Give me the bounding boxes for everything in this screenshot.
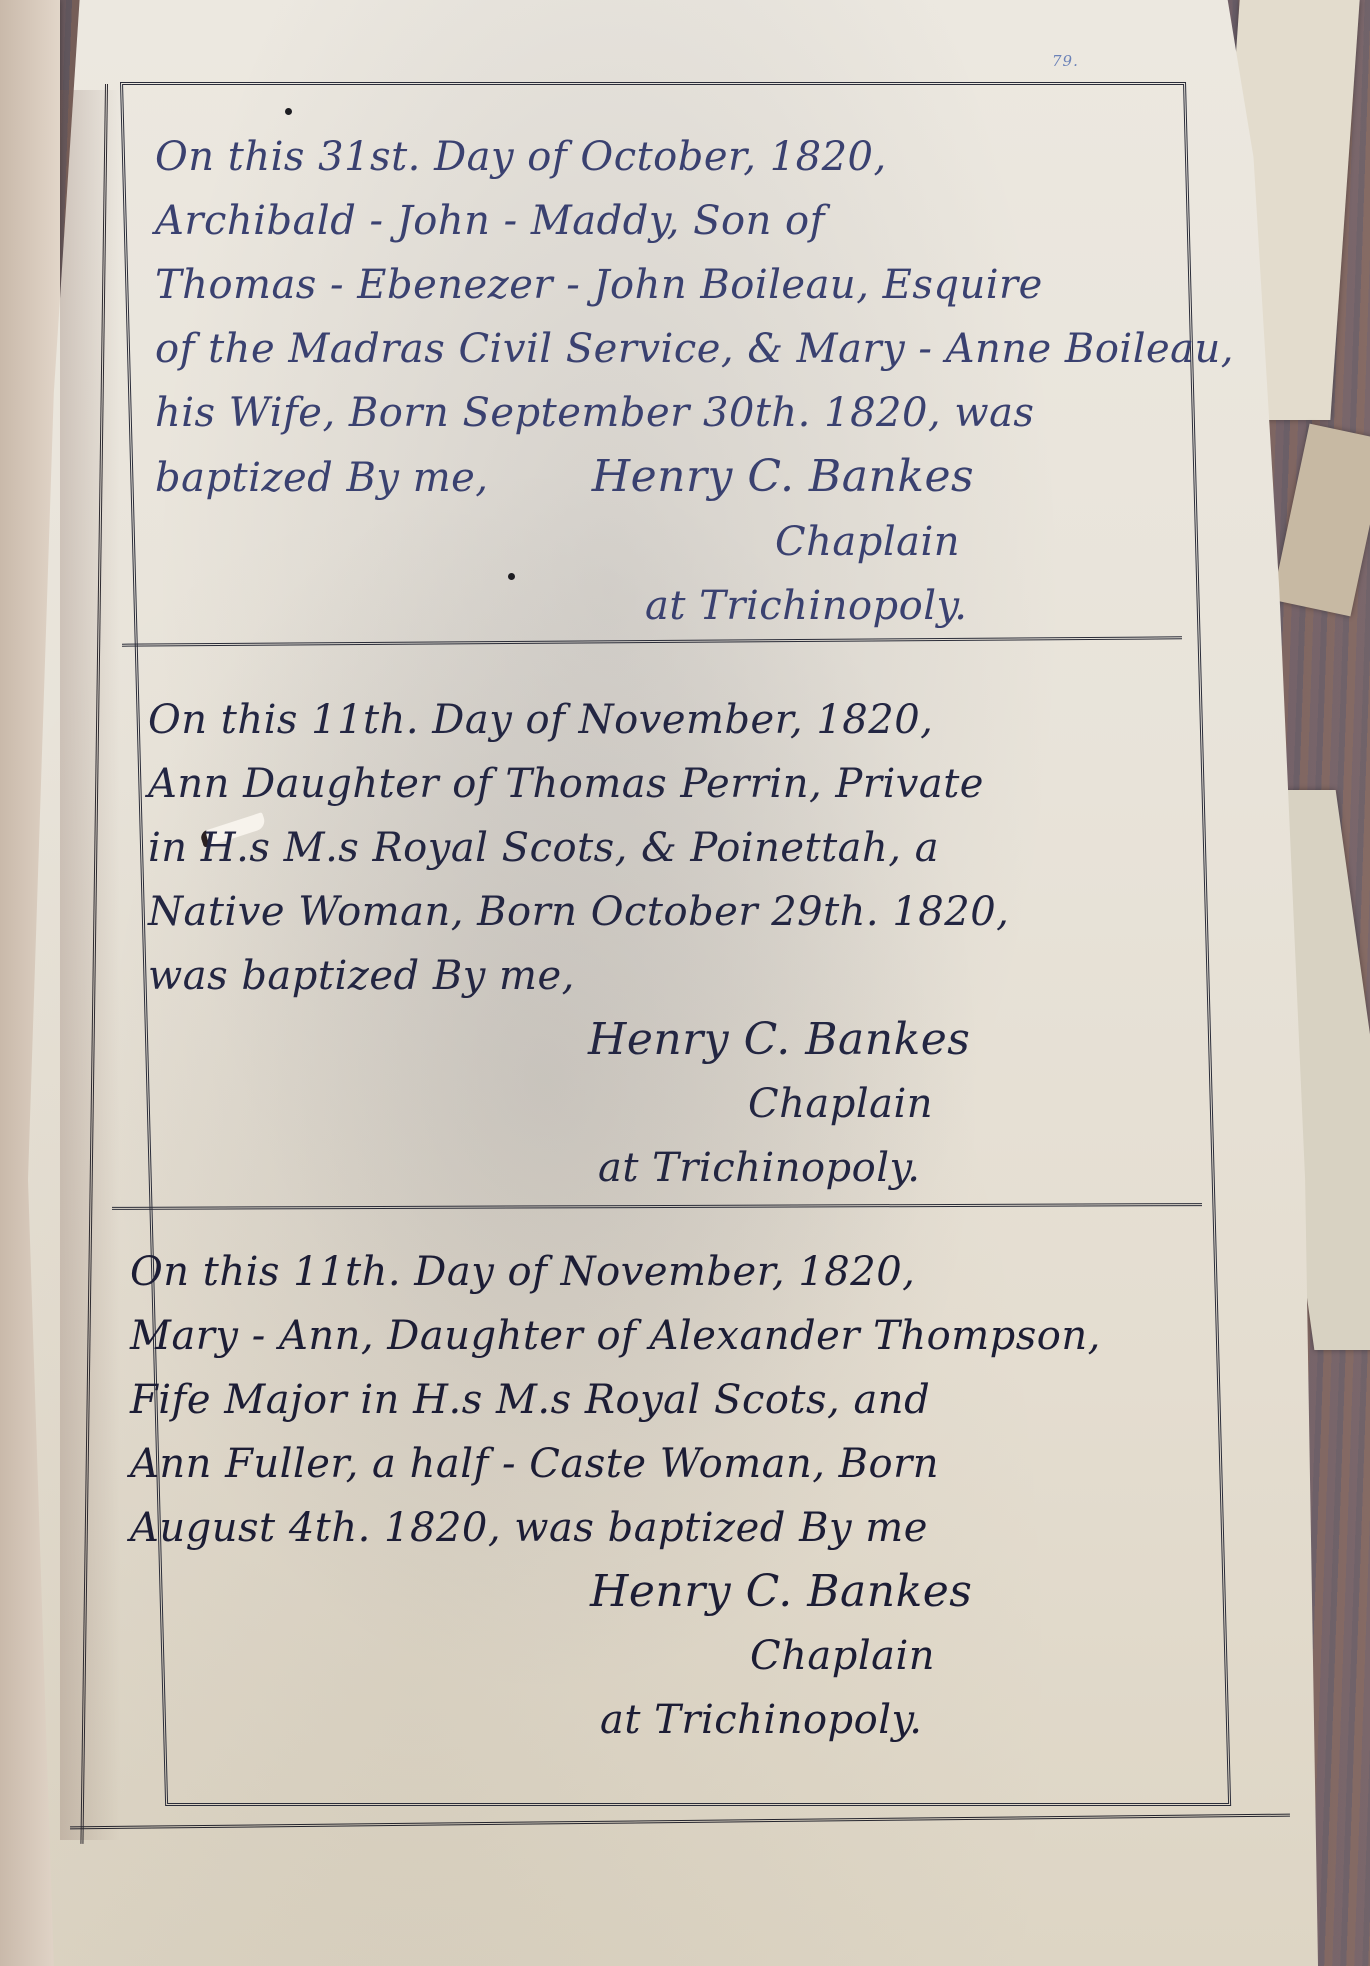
binding-shadow (60, 90, 120, 1840)
entry-line: Native Woman, Born October 29th. 1820, (148, 880, 1178, 944)
entry-line: Fife Major in H.s M.s Royal Scots, and (130, 1368, 1200, 1432)
entry-line: Ann Fuller, a half - Caste Woman, Born (130, 1432, 1200, 1496)
baptism-entry-2: On this 11th. Day of November, 1820, Ann… (148, 688, 1178, 1200)
signature-name: Henry C. Bankes (130, 1560, 1200, 1624)
entry-line: Mary - Ann, Daughter of Alexander Thomps… (130, 1304, 1200, 1368)
signature-title: Chaplain (130, 1624, 1200, 1688)
signature-place: at Trichinopoly. (155, 574, 1165, 638)
baptism-entry-1: On this 31st. Day of October, 1820, Arch… (155, 125, 1165, 638)
page-number: 79. (1052, 52, 1079, 70)
entry-line: his Wife, Born September 30th. 1820, was (155, 381, 1165, 445)
entry-line: baptized By me, (155, 455, 489, 501)
signature-place: at Trichinopoly. (148, 1136, 1178, 1200)
entry-line: of the Madras Civil Service, & Mary - An… (155, 317, 1165, 381)
baptism-entry-3: On this 11th. Day of November, 1820, Mar… (130, 1240, 1200, 1752)
signature-name: Henry C. Bankes (502, 451, 974, 502)
entry-line: was baptized By me, (148, 944, 1178, 1008)
ink-spot (285, 108, 292, 115)
entry-line: Ann Daughter of Thomas Perrin, Private (148, 752, 1178, 816)
entry-line: Archibald - John - Maddy, Son of (155, 189, 1165, 253)
entry-line: On this 31st. Day of October, 1820, (155, 125, 1165, 189)
entry-line: Thomas - Ebenezer - John Boileau, Esquir… (155, 253, 1165, 317)
entry-line: On this 11th. Day of November, 1820, (148, 688, 1178, 752)
entry-line: On this 11th. Day of November, 1820, (130, 1240, 1200, 1304)
entry-line: in H.s M.s Royal Scots, & Poinettah, a (148, 816, 1178, 880)
signature-title: Chaplain (148, 1072, 1178, 1136)
signature-title: Chaplain (155, 510, 1165, 574)
entry-line: August 4th. 1820, was baptized By me (130, 1496, 1200, 1560)
signature-place: at Trichinopoly. (130, 1688, 1200, 1752)
signature-name: Henry C. Bankes (148, 1008, 1178, 1072)
